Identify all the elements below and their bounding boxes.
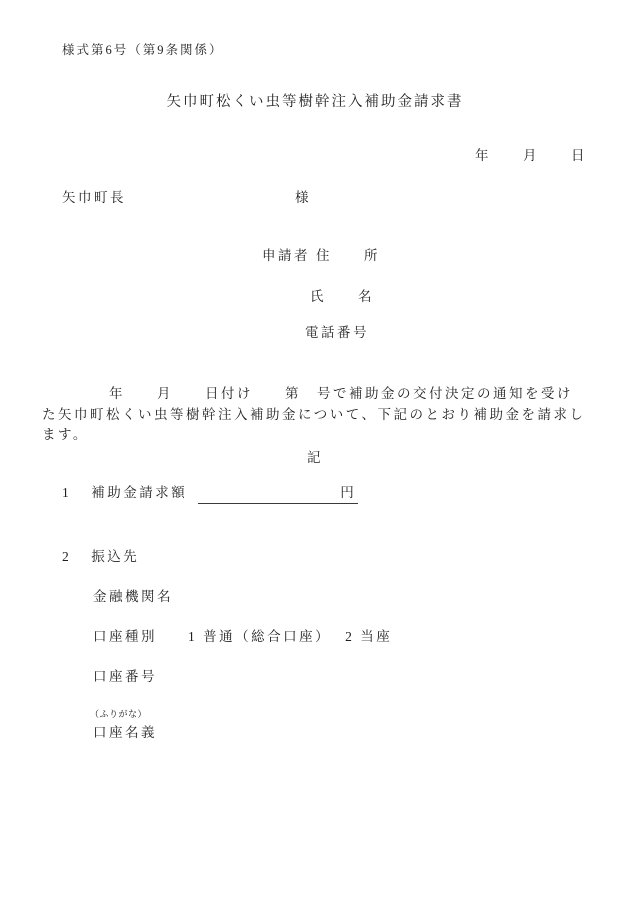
- applicant-address-line: 申請者住 所: [262, 249, 380, 263]
- applicant-phone-label: 電話番号: [305, 326, 369, 340]
- date-blank-line: 年 月 日: [475, 149, 587, 163]
- account-type-option-futsuu: 1 普通（総合口座）: [188, 629, 331, 644]
- page-title: 矢巾町松くい虫等樹幹注入補助金請求書: [0, 95, 630, 110]
- account-type-row: 口座種別1 普通（総合口座）2 当座: [93, 630, 392, 644]
- addressee-name: 矢巾町長: [62, 190, 126, 205]
- note-heading: 記: [0, 451, 630, 465]
- addressee-honorific: 様: [295, 190, 311, 205]
- addressee-line: 矢巾町長様: [62, 191, 311, 205]
- item2-transfer-destination-row: 2振込先: [62, 550, 139, 564]
- currency-unit-label: 円: [340, 485, 356, 500]
- applicant-address-label: 住 所: [316, 248, 380, 263]
- account-type-label: 口座種別: [93, 629, 157, 644]
- body-paragraph-line2: た矢巾町松くい虫等樹幹注入補助金について、下記のとおり補助金を請求し: [42, 408, 585, 422]
- account-number-label: 口座番号: [93, 670, 157, 684]
- item1-label: 補助金請求額: [91, 485, 187, 500]
- body-paragraph-line1: 年 月 日付け 第 号で補助金の交付決定の通知を受け: [42, 387, 573, 401]
- body-paragraph-line3: ます。: [42, 428, 89, 442]
- document-page: 様式第6号（第9条関係） 矢巾町松くい虫等樹幹注入補助金請求書 年 月 日 矢巾…: [0, 0, 630, 903]
- bank-name-label: 金融機関名: [93, 590, 173, 604]
- applicant-name-label: 氏 名: [310, 290, 374, 304]
- item2-label: 振込先: [91, 549, 139, 564]
- furigana-label: （ふりがな）: [90, 710, 147, 719]
- claim-amount-blank-field: 円: [198, 486, 358, 504]
- account-type-option-touza: 2 当座: [345, 629, 392, 644]
- item1-claim-amount-row: 1補助金請求額円: [62, 486, 358, 504]
- form-number: 様式第6号（第9条関係）: [62, 44, 224, 57]
- item1-number: 1: [62, 485, 71, 500]
- account-holder-label: 口座名義: [93, 726, 157, 740]
- applicant-label: 申請者: [262, 248, 310, 263]
- item2-number: 2: [62, 549, 71, 564]
